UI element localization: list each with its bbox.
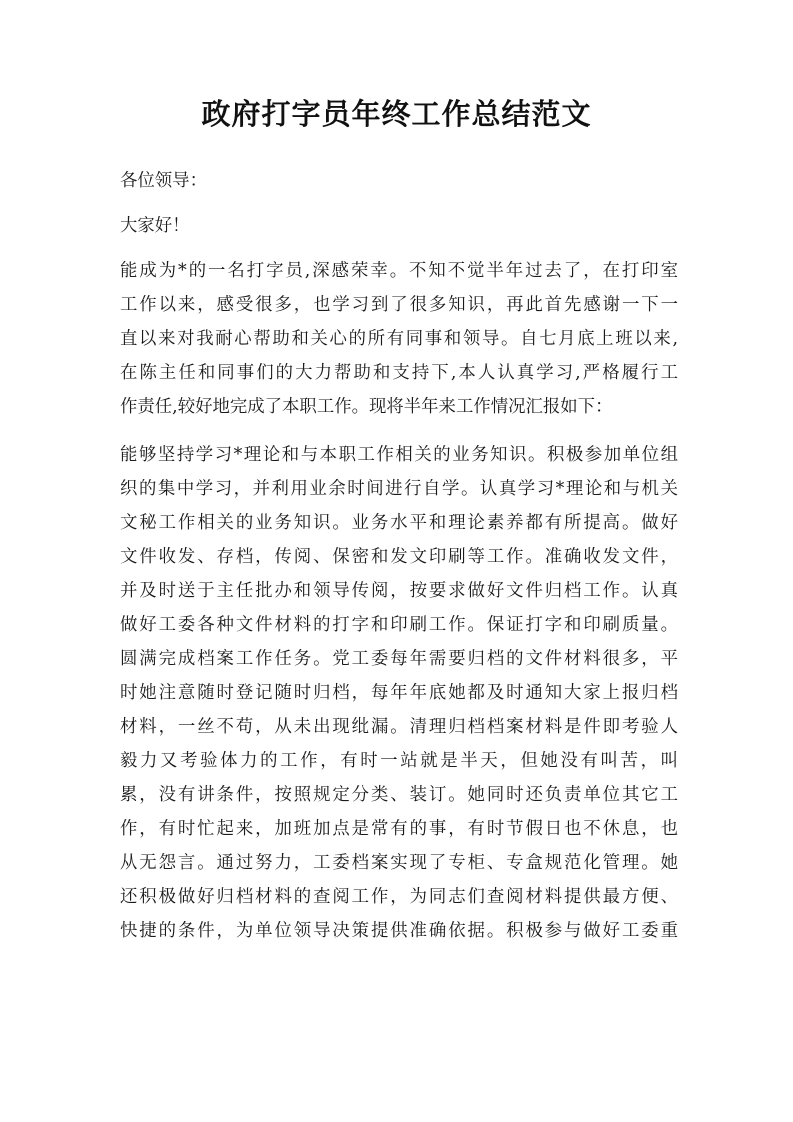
paragraph-line: 材料，一丝不苟，从未出现纰漏。清理归档档案材料是件即考验人 — [120, 710, 678, 744]
paragraph-line: 圆满完成档案工作任务。党工委每年需要归档的文件材料很多，平 — [120, 642, 678, 676]
paragraph-line: 在陈主任和同事们的大力帮助和支持下,本人认真学习,严格履行工 — [120, 356, 678, 390]
paragraph-line: 工作以来，感受很多，也学习到了很多知识，再此首先感谢一下一 — [120, 288, 678, 322]
paragraph-line: 文件收发、存档，传阅、保密和发文印刷等工作。准确收发文件， — [120, 540, 678, 574]
paragraph-line: 文秘工作相关的业务知识。业务水平和理论素养都有所提高。做好 — [120, 506, 678, 540]
paragraph-line: 作，有时忙起来，加班加点是常有的事，有时节假日也不休息，也 — [120, 812, 678, 846]
paragraph-line: 还积极做好归档材料的查阅工作，为同志们查阅材料提供最方便、 — [120, 880, 678, 914]
paragraph-line: 从无怨言。通过努力，工委档案实现了专柜、专盒规范化管理。她 — [120, 846, 678, 880]
paragraph-line: 时她注意随时登记随时归档，每年年底她都及时通知大家上报归档 — [120, 676, 678, 710]
paragraph-2: 能够坚持学习*理论和与本职工作相关的业务知识。积极参加单位组 织的集中学习，并利… — [120, 438, 678, 948]
paragraph-line: 能成为*的一名打字员,深感荣幸。不知不觉半年过去了，在打印室 — [120, 254, 678, 288]
paragraph-line: 织的集中学习，并利用业余时间进行自学。认真学习*理论和与机关 — [120, 472, 678, 506]
paragraph-line: 作责任,较好地完成了本职工作。现将半年来工作情况汇报如下： — [120, 390, 678, 424]
paragraph-line: 毅力又考验体力的工作，有时一站就是半天，但她没有叫苦，叫 — [120, 744, 678, 778]
paragraph-line: 能够坚持学习*理论和与本职工作相关的业务知识。积极参加单位组 — [120, 438, 678, 472]
document-page: 政府打字员年终工作总结范文 各位领导： 大家好！ 能成为*的一名打字员,深感荣幸… — [0, 0, 793, 1122]
paragraph-line: 快捷的条件，为单位领导决策提供准确依据。积极参与做好工委重 — [120, 914, 678, 948]
paragraph-line: 直以来对我耐心帮助和关心的所有同事和领导。自七月底上班以来, — [120, 322, 678, 356]
paragraph-line: 累，没有讲条件，按照规定分类、装订。她同时还负责单位其它工 — [120, 778, 678, 812]
paragraph-line: 做好工委各种文件材料的打字和印刷工作。保证打字和印刷质量。 — [120, 608, 678, 642]
salutation: 各位领导： — [120, 164, 678, 198]
paragraph-1: 能成为*的一名打字员,深感荣幸。不知不觉半年过去了，在打印室 工作以来，感受很多… — [120, 254, 678, 424]
document-body: 各位领导： 大家好！ 能成为*的一名打字员,深感荣幸。不知不觉半年过去了，在打印… — [120, 164, 678, 948]
document-title: 政府打字员年终工作总结范文 — [0, 94, 793, 134]
greeting: 大家好！ — [120, 209, 678, 243]
paragraph-line: 并及时送于主任批办和领导传阅，按要求做好文件归档工作。认真 — [120, 574, 678, 608]
